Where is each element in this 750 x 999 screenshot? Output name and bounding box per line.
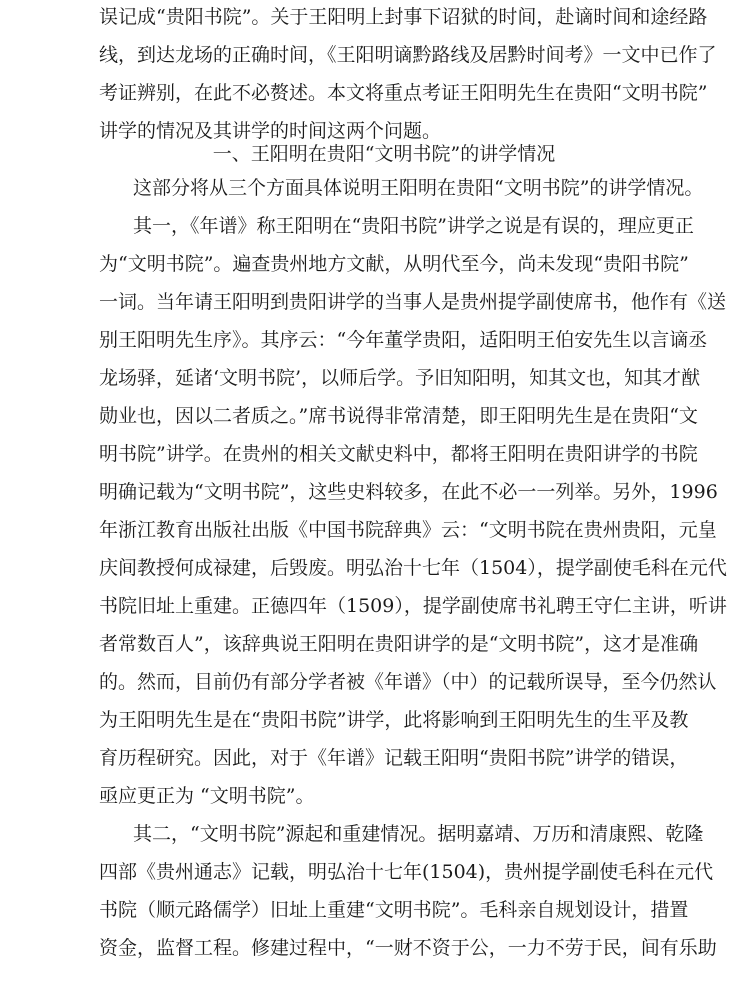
body-text-line: 别王阳明先生序》。其序云：“今年董学贵阳，适阳明王伯安先生以言谪丞 [99, 325, 662, 355]
paragraph-first-line: 其一，《年谱》称王阳明在“贵阳书院”讲学之说是有误的，理应更正 [133, 211, 662, 241]
body-text-line: 为王阳明先生是在“贵阳书院”讲学，此将影响到王阳明先生的生平及教 [99, 705, 662, 735]
body-text-line: 的。然而，目前仍有部分学者被《年谱》（中）的记载所误导，至今仍然认 [99, 667, 662, 697]
document-page: 误记成“贵阳书院”。关于王阳明上封事下诏狱的时间，赴谪时间和途经路线，到达龙场的… [0, 0, 750, 999]
paragraph-first-line: 其二，“文明书院”源起和重建情况。据明嘉靖、万历和清康熙、乾隆 [133, 819, 662, 849]
paragraph-last-line: 亟应更正为 “文明书院”。 [99, 781, 662, 811]
body-text-line: 书院（顺元路儒学）旧址上重建“文明书院”。毛科亲自规划设计，措置 [99, 895, 662, 925]
body-text-line: 龙场驿，延诸‘文明书院’，以师后学。予旧知阳明，知其文也，知其才猷 [99, 363, 662, 393]
paragraph-first-line: 这部分将从三个方面具体说明王阳明在贵阳“文明书院”的讲学情况。 [133, 173, 662, 203]
body-text-line: 者常数百人”，该辞典说王阳明在贵阳讲学的是“文明书院”，这才是准确 [99, 629, 662, 659]
body-text-line: 年浙江教育出版社出版《中国书院辞典》云：“文明书院在贵州贵阳，元皇 [99, 515, 662, 545]
body-text-line: 勋业也，因以二者质之。”席书说得非常清楚，即王阳明先生是在贵阳“文 [99, 401, 662, 431]
body-text-line: 资金，监督工程。修建过程中，“一财不资于公，一力不劳于民，间有乐助 [99, 933, 662, 963]
body-text-line: 明确记载为“文明书院”，这些史料较多，在此不必一一列举。另外，1996 [99, 477, 662, 507]
body-text-line: 庆间教授何成禄建，后毁废。明弘治十七年（1504），提学副使毛科在元代 [99, 553, 662, 583]
body-text-line: 育历程研究。因此，对于《年谱》记载王阳明“贵阳书院”讲学的错误， [99, 743, 662, 773]
body-text-line: 书院旧址上重建。正德四年（1509），提学副使席书礼聘王守仁主讲，听讲 [99, 591, 662, 621]
body-text-line: 明书院”讲学。在贵州的相关文献史料中，都将王阳明在贵阳讲学的书院 [99, 439, 662, 469]
body-text-line: 线，到达龙场的正确时间，《王阳明谪黔路线及居黔时间考》一文中已作了 [99, 40, 662, 70]
body-text-line: 四部《贵州通志》记载，明弘治十七年(1504)，贵州提学副使毛科在元代 [99, 857, 662, 887]
body-text-line: 为“文明书院”。遍查贵州地方文献，从明代至今，尚未发现“贵阳书院” [99, 249, 662, 279]
body-text-line: 考证辨别，在此不必赘述。本文将重点考证王阳明先生在贵阳“文明书院” [99, 78, 662, 108]
section-heading: 一、王阳明在贵阳“文明书院”的讲学情况 [0, 139, 750, 169]
body-text-line: 误记成“贵阳书院”。关于王阳明上封事下诏狱的时间，赴谪时间和途经路 [99, 2, 662, 32]
body-text-line: 一词。当年请王阳明到贵阳讲学的当事人是贵州提学副使席书，他作有《送 [99, 287, 662, 317]
